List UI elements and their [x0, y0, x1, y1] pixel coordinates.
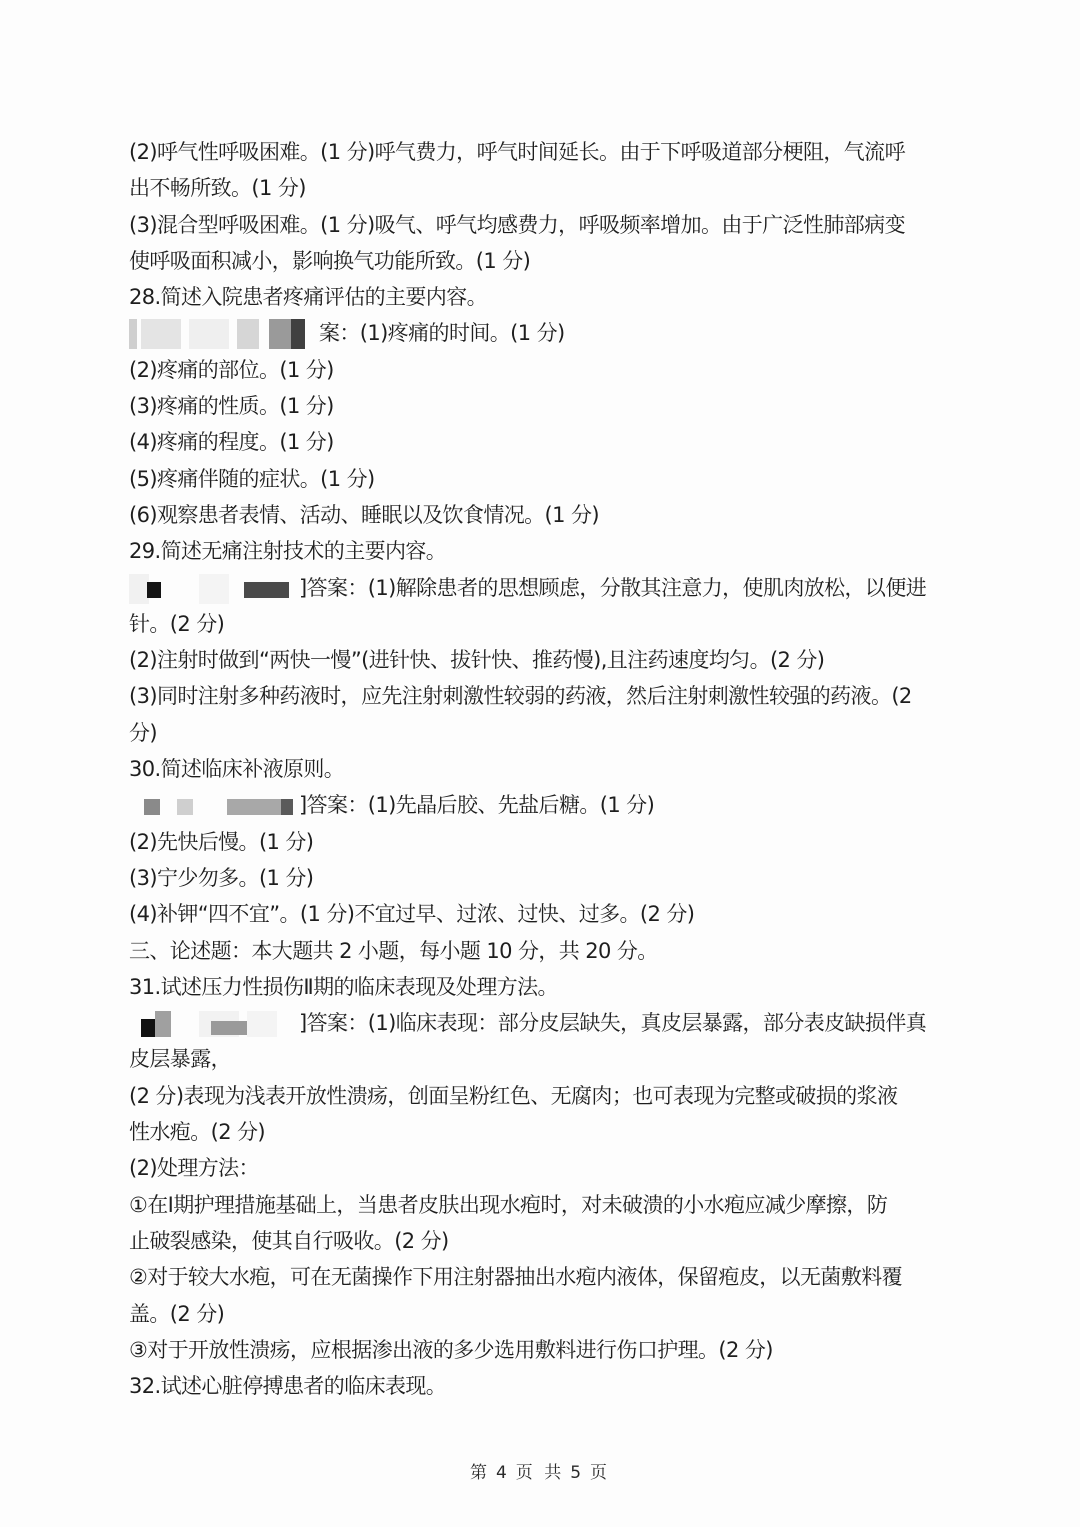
text-line: (3)宁少勿多。(1 分): [129, 860, 959, 896]
text-line: ①在Ⅰ期护理措施基础上，当患者皮肤出现水疱时，对未破溃的小水疱应减少摩擦，防: [129, 1187, 959, 1223]
text-line: 针。(2 分): [129, 606, 959, 642]
question-32-title: 32.试述心脏停搏患者的临床表现。: [129, 1368, 959, 1404]
text-line: (2)处理方法：: [129, 1150, 959, 1186]
answer-text: 案：(1)疼痛的时间。(1 分): [319, 321, 565, 345]
question-28-title: 28.简述入院患者疼痛评估的主要内容。: [129, 279, 959, 315]
text-line: (4)补钾“四不宜”。(1 分)不宜过早、过浓、过快、过多。(2 分): [129, 896, 959, 932]
text-line: (3)疼痛的性质。(1 分): [129, 388, 959, 424]
text-line: 皮层暴露，: [129, 1041, 959, 1077]
redacted-region: [129, 574, 299, 604]
text-line: 分): [129, 715, 959, 751]
text-line: (5)疼痛伴随的症状。(1 分): [129, 461, 959, 497]
page-label-suffix: 页: [590, 1463, 610, 1483]
document-body: (2)呼气性呼吸困难。(1 分)呼气费力，呼气时间延长。由于下呼吸道部分梗阻，气…: [129, 134, 959, 1404]
section-heading: 三、论述题：本大题共 2 小题，每小题 10 分，共 20 分。: [129, 933, 959, 969]
text-line: (3)混合型呼吸困难。(1 分)吸气、呼气均感费力，呼吸频率增加。由于广泛性肺部…: [129, 207, 959, 243]
answer-text: ]答案：(1)临床表现：部分皮层缺失，真皮层暴露，部分表皮缺损伴真: [299, 1011, 926, 1035]
question-29-title: 29.简述无痛注射技术的主要内容。: [129, 533, 959, 569]
text-line: 止破裂感染，使其自行吸收。(2 分): [129, 1223, 959, 1259]
answer-line: ]答案：(1)临床表现：部分皮层缺失，真皮层暴露，部分表皮缺损伴真: [129, 1005, 959, 1041]
text-line: (6)观察患者表情、活动、睡眠以及饮食情况。(1 分): [129, 497, 959, 533]
text-line: ②对于较大水疱，可在无菌操作下用注射器抽出水疱内液体，保留疱皮，以无菌敷料覆: [129, 1259, 959, 1295]
text-line: (3)同时注射多种药液时，应先注射刺激性较弱的药液，然后注射刺激性较强的药液。(…: [129, 678, 959, 714]
page-label-mid: 页 共: [516, 1463, 564, 1483]
text-line: (2)注射时做到“两快一慢”(进针快、拔针快、推药慢),且注药速度均匀。(2 分…: [129, 642, 959, 678]
text-line: (4)疼痛的程度。(1 分): [129, 424, 959, 460]
text-line: 性水疱。(2 分): [129, 1114, 959, 1150]
text-line: (2 分)表现为浅表开放性溃疡，创面呈粉红色、无腐肉；也可表现为完整或破损的浆液: [129, 1078, 959, 1114]
text-line: 使呼吸面积减小，影响换气功能所致。(1 分): [129, 243, 959, 279]
text-line: 出不畅所致。(1 分): [129, 170, 959, 206]
answer-line: ]答案：(1)先晶后胶、先盐后糖。(1 分): [129, 787, 959, 823]
redacted-region: [129, 319, 319, 349]
text-line: 盖。(2 分): [129, 1296, 959, 1332]
answer-text: ]答案：(1)先晶后胶、先盐后糖。(1 分): [299, 793, 654, 817]
answer-text: ]答案：(1)解除患者的思想顾虑，分散其注意力，使肌肉放松，以便进: [299, 576, 926, 600]
current-page-number: 4: [496, 1463, 510, 1483]
redacted-region: [129, 1009, 299, 1039]
page-label-prefix: 第: [470, 1463, 490, 1483]
answer-line: ]答案：(1)解除患者的思想顾虑，分散其注意力，使肌肉放松，以便进: [129, 570, 959, 606]
page-number-footer: 第4页 共5页: [0, 1458, 1080, 1483]
question-30-title: 30.简述临床补液原则。: [129, 751, 959, 787]
redacted-region: [129, 791, 299, 821]
total-pages-number: 5: [570, 1463, 584, 1483]
text-line: (2)疼痛的部位。(1 分): [129, 352, 959, 388]
answer-line: 案：(1)疼痛的时间。(1 分): [129, 315, 959, 351]
text-line: ③对于开放性溃疡，应根据渗出液的多少选用敷料进行伤口护理。(2 分): [129, 1332, 959, 1368]
document-page: (2)呼气性呼吸困难。(1 分)呼气费力，呼气时间延长。由于下呼吸道部分梗阻，气…: [0, 0, 1080, 1527]
text-line: (2)先快后慢。(1 分): [129, 824, 959, 860]
text-line: (2)呼气性呼吸困难。(1 分)呼气费力，呼气时间延长。由于下呼吸道部分梗阻，气…: [129, 134, 959, 170]
question-31-title: 31.试述压力性损伤Ⅱ期的临床表现及处理方法。: [129, 969, 959, 1005]
